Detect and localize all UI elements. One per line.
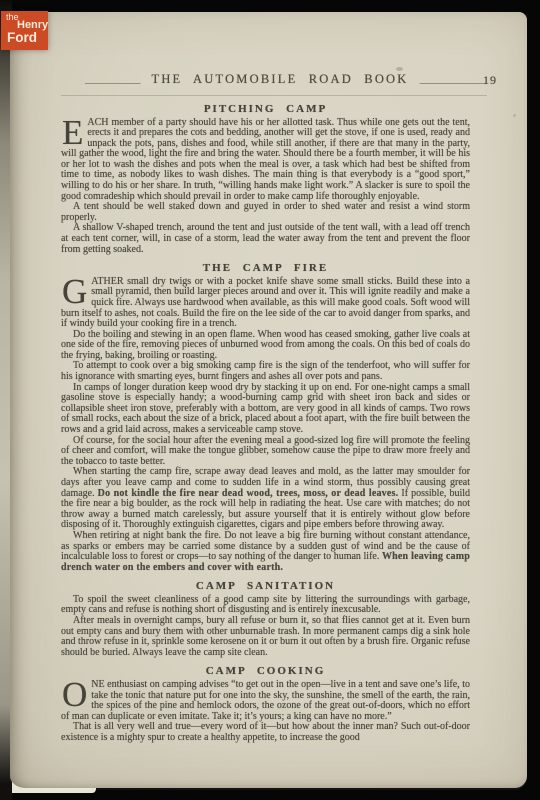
page-content: THE AUTOMOBILE ROAD BOOK 19 PITCHING CAM… xyxy=(61,74,470,743)
bold-warning-text: Do not kindle the fire near dead wood, t… xyxy=(98,488,399,499)
paragraph: ONE enthusiast on camping advises “to ge… xyxy=(61,680,470,722)
section-heading: CAMP SANITATION xyxy=(61,580,470,592)
scanned-book-photo: { "colors": { "background_black": "#0606… xyxy=(0,0,540,800)
paragraph: EACH member of a party should have his o… xyxy=(61,118,470,203)
logo-word-ford: Ford xyxy=(7,30,37,45)
body-text: ACH member of a party should have his or… xyxy=(61,117,470,202)
section: CAMP COOKINGONE enthusiast on camping ad… xyxy=(61,665,470,743)
section-heading: THE CAMP FIRE xyxy=(61,262,470,274)
paragraph: After meals in overnight camps, bury all… xyxy=(61,616,470,658)
book-page: THE AUTOMOBILE ROAD BOOK 19 PITCHING CAM… xyxy=(10,12,527,788)
paragraph: To spoil the sweet cleanliness of a good… xyxy=(61,595,470,616)
paragraph: Do the boiling and stewing in an open fl… xyxy=(61,330,470,362)
paragraph: In camps of longer duration keep wood dr… xyxy=(61,383,470,436)
paragraph: That is all very well and true—every wor… xyxy=(61,722,470,743)
henry-ford-logo: the Henry Ford xyxy=(1,11,48,50)
section-heading: CAMP COOKING xyxy=(61,665,470,677)
page-number: 19 xyxy=(483,75,497,86)
running-title: THE AUTOMOBILE ROAD BOOK xyxy=(140,74,419,85)
drop-cap: O xyxy=(62,681,87,710)
body-text: Of course, for the social hour after the… xyxy=(61,435,470,467)
section: PITCHING CAMPEACH member of a party shou… xyxy=(61,103,470,255)
body-text: After meals in overnight camps, bury all… xyxy=(61,615,470,658)
paragraph: To attempt to cook over a big smoking ca… xyxy=(61,361,470,382)
paragraph: GATHER small dry twigs or with a pocket … xyxy=(61,277,470,330)
section-heading: PITCHING CAMP xyxy=(61,103,470,115)
scan-smudge xyxy=(513,114,516,117)
drop-cap: G xyxy=(62,278,87,307)
body-text: To spoil the sweet cleanliness of a good… xyxy=(61,594,470,616)
body-text: In camps of longer duration keep wood dr… xyxy=(61,382,470,435)
page-header: THE AUTOMOBILE ROAD BOOK 19 xyxy=(61,74,499,91)
body-text: A shallow V-shaped trench, around the te… xyxy=(61,222,470,254)
paragraph: A shallow V-shaped trench, around the te… xyxy=(61,223,470,255)
body-text: A tent should be well staked down and gu… xyxy=(61,201,470,223)
scan-smudge xyxy=(396,67,403,71)
paragraph: When starting the camp fire, scrape away… xyxy=(61,467,470,531)
header-subrule xyxy=(61,95,487,96)
paragraph: Of course, for the social hour after the… xyxy=(61,436,470,468)
section: THE CAMP FIREGATHER small dry twigs or w… xyxy=(61,262,470,573)
paragraph: When retiring at night bank the fire. Do… xyxy=(61,531,470,573)
body-text: ATHER small dry twigs or with a pocket k… xyxy=(61,276,470,329)
body-text: To attempt to cook over a big smoking ca… xyxy=(61,360,470,382)
body-text: Do the boiling and stewing in an open fl… xyxy=(61,329,470,361)
section: CAMP SANITATIONTo spoil the sweet cleanl… xyxy=(61,580,470,658)
body-text: NE enthusiast on camping advises “to get… xyxy=(61,679,470,722)
paragraph: A tent should be well staked down and gu… xyxy=(61,202,470,223)
sections: PITCHING CAMPEACH member of a party shou… xyxy=(61,103,470,743)
drop-cap: E xyxy=(62,119,83,148)
body-text: That is all very well and true—every wor… xyxy=(61,721,470,743)
